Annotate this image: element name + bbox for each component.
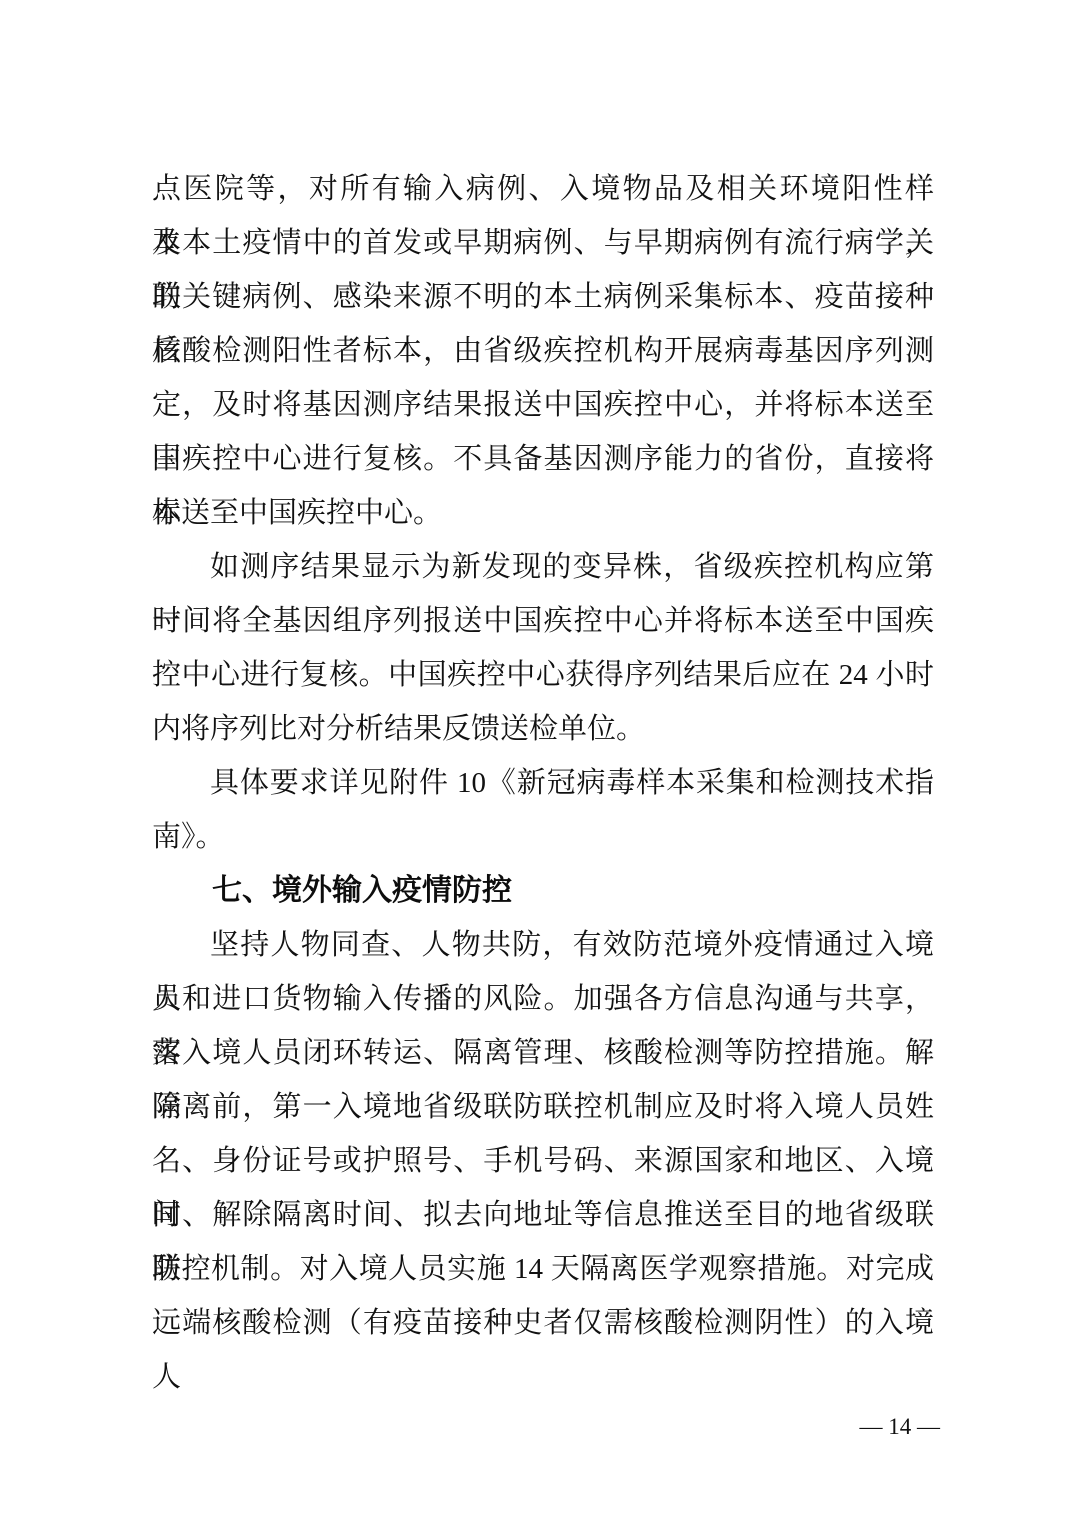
text-line: 如测序结果显示为新发现的变异株，省级疾控机构应第一 — [152, 540, 934, 594]
text-line: 国疾控中心进行复核。不具备基因测序能力的省份，直接将标 — [152, 432, 934, 486]
text-line: 间、解除隔离时间、拟去向地址等信息推送至目的地省级联防 — [152, 1188, 934, 1242]
text-line: 核酸检测阳性者标本，由省级疾控机构开展病毒基因序列测 — [152, 324, 934, 378]
text-line: 员和进口货物输入传播的风险。加强各方信息沟通与共享，落 — [152, 972, 934, 1026]
page-footer: — 14 — — [860, 1412, 941, 1442]
text-line: 及本土疫情中的首发或早期病例、与早期病例有流行病学关联 — [152, 216, 934, 270]
text-line: 隔离前，第一入境地省级联防联控机制应及时将入境人员姓 — [152, 1080, 934, 1134]
document-page: 点医院等，对所有输入病例、入境物品及相关环境阳性样本，及本土疫情中的首发或早期病… — [0, 0, 1080, 1527]
text-line: 控中心进行复核。中国疾控中心获得序列结果后应在 24 小时 — [152, 648, 934, 702]
text-line: 坚持人物同查、人物共防，有效防范境外疫情通过入境人 — [152, 918, 934, 972]
text-line: 名、身份证号或护照号、手机号码、来源国家和地区、入境时 — [152, 1134, 934, 1188]
text-line: 的关键病例、感染来源不明的本土病例采集标本、疫苗接种后 — [152, 270, 934, 324]
text-line: 远端核酸检测（有疫苗接种史者仅需核酸检测阴性）的入境人 — [152, 1296, 934, 1350]
text-line: 具体要求详见附件 10《新冠病毒样本采集和检测技术指 — [152, 756, 934, 810]
text-line: 南》。 — [152, 810, 934, 864]
text-line: 内将序列比对分析结果反馈送检单位。 — [152, 702, 934, 756]
page-number: — 14 — — [860, 1414, 941, 1439]
text-line: 实入境人员闭环转运、隔离管理、核酸检测等防控措施。解除 — [152, 1026, 934, 1080]
text-line: 点医院等，对所有输入病例、入境物品及相关环境阳性样本， — [152, 162, 934, 216]
section-heading: 七、境外输入疫情防控 — [152, 864, 934, 918]
text-line: 时间将全基因组序列报送中国疾控中心并将标本送至中国疾 — [152, 594, 934, 648]
document-body: 点医院等，对所有输入病例、入境物品及相关环境阳性样本，及本土疫情中的首发或早期病… — [152, 162, 934, 1350]
text-line: 联控机制。对入境人员实施 14 天隔离医学观察措施。对完成 — [152, 1242, 934, 1296]
text-line: 本送至中国疾控中心。 — [152, 486, 934, 540]
text-line: 定，及时将基因测序结果报送中国疾控中心，并将标本送至中 — [152, 378, 934, 432]
